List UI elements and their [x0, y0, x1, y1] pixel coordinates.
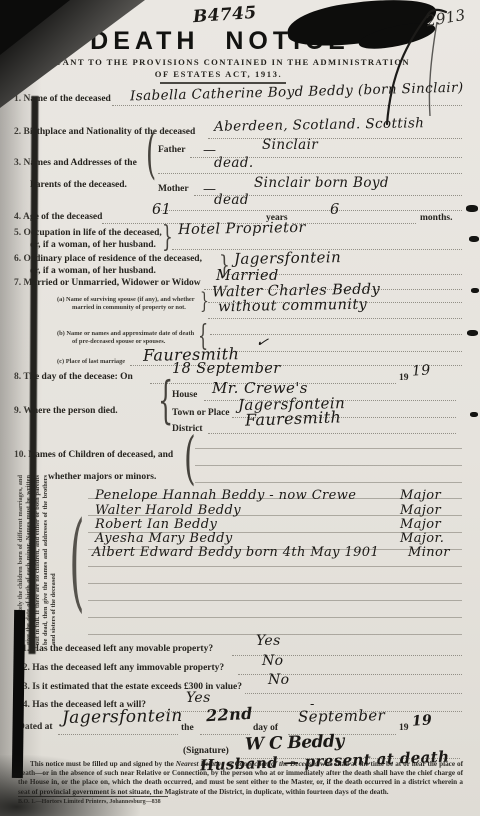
- child-status: Major.: [400, 531, 444, 546]
- field-6-label-2: or, if a woman, of her husband.: [30, 266, 156, 276]
- mother-status: dead: [214, 192, 249, 208]
- field-13-answer: No: [268, 672, 289, 688]
- day-of-label: day of: [253, 723, 278, 733]
- field-7c-label: (c) Place of last marriage: [57, 358, 125, 366]
- field-6-answer: Jagersfontein: [234, 248, 341, 268]
- field-14-answer: Yes: [186, 690, 211, 706]
- field-7b-label-2: of pre-deceased spouse or spouses.: [72, 338, 165, 346]
- house-label: House: [172, 390, 197, 400]
- dated-place: Jagersfontein: [62, 706, 183, 728]
- edge-mark: [467, 330, 478, 336]
- field-12-answer: No: [262, 653, 283, 669]
- child-name: Robert Ian Beddy: [95, 517, 217, 532]
- edge-mark: [471, 288, 479, 293]
- ruled-lines-top: [195, 432, 462, 484]
- field-3-label-2: Parents of the deceased.: [30, 180, 127, 190]
- age-months-value: 6: [330, 202, 340, 218]
- mother-name: Sinclair born Boyd: [254, 175, 389, 191]
- dated-day: 22nd: [206, 704, 254, 725]
- blank-line: [112, 104, 462, 106]
- field-6-label-1: 6. Ordinary place of residence of the de…: [14, 254, 202, 264]
- child-status: Major: [400, 517, 441, 532]
- reference-number: B4745: [192, 3, 257, 27]
- mother-label: Mother: [158, 184, 189, 194]
- age-years-value: 61: [152, 202, 171, 218]
- subtitle-line-2: OF ESTATES ACT, 1913.: [0, 69, 437, 79]
- children-brace: (: [69, 501, 84, 625]
- signature-label: (Signature): [183, 746, 229, 756]
- child-name: Ayesha Mary Beddy: [95, 531, 233, 546]
- death-notice-document: B4745 DEATH NOTICE PURSUANT TO THE PROVI…: [0, 0, 480, 816]
- blank-line: [245, 692, 462, 694]
- field-9-brace: {: [158, 371, 173, 430]
- blank-line: [158, 209, 462, 211]
- field-7a-label-1: (a) Name of surviving spouse (if any), a…: [57, 296, 195, 304]
- field-11-answer: Yes: [256, 633, 281, 649]
- child-name: Walter Harold Beddy: [95, 503, 241, 518]
- child-name: Penelope Hannah Beddy - now Crewe: [95, 488, 356, 503]
- edge-mark: [470, 412, 478, 417]
- field-7a-answer-2: without community: [218, 297, 367, 316]
- town-label: Town or Place: [172, 408, 230, 418]
- the-label: the: [181, 723, 194, 733]
- field-8-year-written: 19: [411, 362, 431, 379]
- father-label: Father: [158, 145, 185, 155]
- bottom-left-smudge: [0, 755, 140, 816]
- blank-line: [292, 222, 416, 224]
- dated-month: September: [298, 706, 385, 726]
- dated-year-printed: 19: [399, 723, 409, 733]
- left-binding-bar-lower: [12, 610, 25, 778]
- blank-line: [208, 137, 462, 139]
- field-8-answer: 18 September: [172, 361, 281, 377]
- field-5-label-2: or, if a woman, of her husband.: [30, 240, 156, 250]
- dated-year-written: 19: [411, 712, 432, 729]
- edge-mark: [469, 236, 479, 242]
- field-11-label: 11. Has the deceased left any movable pr…: [18, 644, 213, 654]
- district-answer: Fauresmith: [245, 407, 342, 429]
- subtitle-underline: [160, 82, 286, 84]
- blank-line: [208, 317, 462, 319]
- blank-line: [210, 333, 462, 335]
- field-7a-label-2: married in community of property or not.: [72, 304, 186, 312]
- field-7-answer: Married: [216, 268, 279, 284]
- child-status: Major: [400, 503, 441, 518]
- months-label: months.: [420, 213, 452, 223]
- father-status: dead.: [214, 155, 254, 171]
- field-2-answer: Aberdeen, Scotland. Scottish: [214, 115, 425, 135]
- field-12-label: 12. Has the deceased left any immovable …: [18, 663, 224, 673]
- blank-line: [58, 733, 178, 735]
- blank-line: [210, 350, 462, 352]
- field-8-year-printed: 19: [399, 373, 409, 383]
- child-status: Major: [400, 488, 441, 503]
- blank-line: [200, 733, 250, 735]
- field-7b-label-1: (b) Name or names and approximate date o…: [57, 330, 194, 338]
- edge-mark: [466, 205, 478, 212]
- field-5-answer: Hotel Proprietor: [178, 220, 306, 238]
- child-name: Albert Edward Beddy born 4th May 1901: [92, 545, 379, 560]
- blank-line: [158, 172, 462, 174]
- child-status: Minor: [408, 545, 450, 560]
- parents-brace: (: [146, 124, 156, 187]
- father-name: Sinclair: [262, 137, 318, 153]
